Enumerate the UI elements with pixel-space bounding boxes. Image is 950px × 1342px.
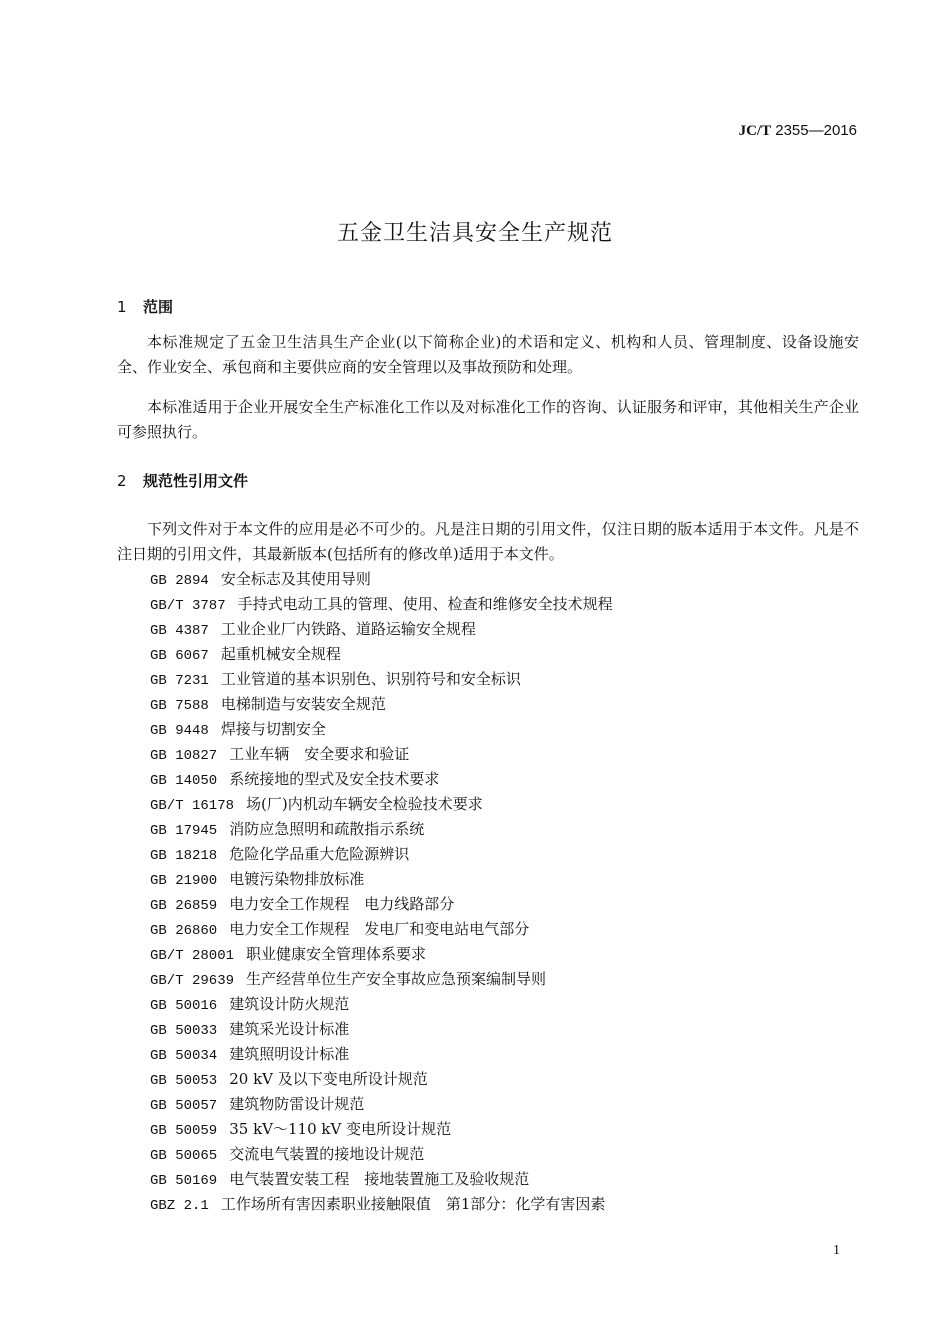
standard-prefix: JC/T	[739, 123, 772, 139]
reference-code: GB 50057	[150, 1094, 217, 1119]
reference-title: 电力安全工作规程 电力线路部分	[229, 895, 454, 913]
reference-item: GB 50033建筑采光设计标准	[150, 1017, 613, 1042]
reference-item: GB 4387工业企业厂内铁路、道路运输安全规程	[150, 617, 613, 642]
reference-list: GB 2894安全标志及其使用导则GB/T 3787手持式电动工具的管理、使用、…	[150, 567, 613, 1217]
reference-item: GB 6067起重机械安全规程	[150, 642, 613, 667]
reference-code: GB 6067	[150, 644, 209, 669]
document-page: JC/T 2355—2016 五金卫生洁具安全生产规范 1范围 本标准规定了五金…	[0, 0, 950, 1342]
reference-title: 20 kV 及以下变电所设计规范	[229, 1070, 428, 1088]
reference-item: GB 10827工业车辆 安全要求和验证	[150, 742, 613, 767]
reference-item: GB 5005320 kV 及以下变电所设计规范	[150, 1067, 613, 1092]
reference-code: GB 50034	[150, 1044, 217, 1069]
reference-title: 电力安全工作规程 发电厂和变电站电气部分	[229, 920, 529, 938]
reference-item: GB 18218危险化学品重大危险源辨识	[150, 842, 613, 867]
reference-item: GB 50016建筑设计防火规范	[150, 992, 613, 1017]
reference-item: GBZ 2.1工作场所有害因素职业接触限值 第1部分：化学有害因素	[150, 1192, 613, 1217]
reference-title: 生产经营单位生产安全事故应急预案编制导则	[246, 970, 546, 988]
reference-title: 建筑物防雷设计规范	[229, 1095, 364, 1113]
reference-code: GB 50059	[150, 1119, 217, 1144]
section-title: 规范性引用文件	[143, 472, 248, 490]
reference-code: GB 26860	[150, 919, 217, 944]
reference-item: GB 7588电梯制造与安装安全规范	[150, 692, 613, 717]
reference-title: 工业管道的基本识别色、识别符号和安全标识	[221, 670, 521, 688]
reference-title: 起重机械安全规程	[221, 645, 341, 663]
reference-code: GB/T 28001	[150, 944, 234, 969]
reference-title: 系统接地的型式及安全技术要求	[229, 770, 439, 788]
reference-code: GBZ 2.1	[150, 1194, 209, 1219]
reference-code: GB 10827	[150, 744, 217, 769]
reference-code: GB 14050	[150, 769, 217, 794]
reference-item: GB/T 3787手持式电动工具的管理、使用、检查和维修安全技术规程	[150, 592, 613, 617]
reference-code: GB 50016	[150, 994, 217, 1019]
reference-item: GB 2894安全标志及其使用导则	[150, 567, 613, 592]
reference-item: GB/T 29639生产经营单位生产安全事故应急预案编制导则	[150, 967, 613, 992]
reference-item: GB 17945消防应急照明和疏散指示系统	[150, 817, 613, 842]
reference-code: GB 17945	[150, 819, 217, 844]
reference-code: GB 21900	[150, 869, 217, 894]
reference-code: GB 50053	[150, 1069, 217, 1094]
reference-code: GB 26859	[150, 894, 217, 919]
scope-paragraph-2: 本标准适用于企业开展安全生产标准化工作以及对标准化工作的咨询、认证服务和评审，其…	[117, 395, 859, 445]
page-number: 1	[833, 1243, 840, 1259]
reference-title: 工业车辆 安全要求和验证	[229, 745, 409, 763]
reference-title: 电镀污染物排放标准	[229, 870, 364, 888]
scope-paragraph-1: 本标准规定了五金卫生洁具生产企业(以下简称企业)的术语和定义、机构和人员、管理制…	[117, 330, 859, 380]
reference-item: GB 21900电镀污染物排放标准	[150, 867, 613, 892]
reference-code: GB 18218	[150, 844, 217, 869]
section-number: 2	[117, 472, 143, 490]
reference-title: 焊接与切割安全	[221, 720, 326, 738]
reference-title: 35 kV～110 kV 变电所设计规范	[229, 1120, 451, 1138]
reference-item: GB 7231工业管道的基本识别色、识别符号和安全标识	[150, 667, 613, 692]
reference-item: GB 14050系统接地的型式及安全技术要求	[150, 767, 613, 792]
section-number: 1	[117, 298, 143, 316]
reference-title: 建筑设计防火规范	[229, 995, 349, 1013]
reference-code: GB 7231	[150, 669, 209, 694]
reference-code: GB 50169	[150, 1169, 217, 1194]
reference-code: GB/T 29639	[150, 969, 234, 994]
reference-code: GB/T 3787	[150, 594, 226, 619]
reference-code: GB 4387	[150, 619, 209, 644]
reference-item: GB 9448焊接与切割安全	[150, 717, 613, 742]
reference-title: 电气装置安装工程 接地装置施工及验收规范	[229, 1170, 529, 1188]
reference-title: 建筑照明设计标准	[229, 1045, 349, 1063]
reference-code: GB 7588	[150, 694, 209, 719]
reference-code: GB 50033	[150, 1019, 217, 1044]
reference-item: GB 5005935 kV～110 kV 变电所设计规范	[150, 1117, 613, 1142]
standard-code: 2355—2016	[775, 122, 857, 139]
section-heading-scope: 1范围	[117, 296, 173, 317]
reference-item: GB 50169电气装置安装工程 接地装置施工及验收规范	[150, 1167, 613, 1192]
reference-title: 建筑采光设计标准	[229, 1020, 349, 1038]
reference-item: GB 50034建筑照明设计标准	[150, 1042, 613, 1067]
reference-title: 交流电气装置的接地设计规范	[229, 1145, 424, 1163]
references-intro-paragraph: 下列文件对于本文件的应用是必不可少的。凡是注日期的引用文件，仅注日期的版本适用于…	[117, 517, 859, 567]
reference-title: 安全标志及其使用导则	[221, 570, 371, 588]
reference-title: 工作场所有害因素职业接触限值 第1部分：化学有害因素	[221, 1195, 606, 1213]
document-title: 五金卫生洁具安全生产规范	[0, 216, 950, 247]
reference-code: GB/T 16178	[150, 794, 234, 819]
section-title: 范围	[143, 298, 173, 316]
section-heading-normative-references: 2规范性引用文件	[117, 470, 248, 491]
reference-code: GB 2894	[150, 569, 209, 594]
reference-item: GB 26859电力安全工作规程 电力线路部分	[150, 892, 613, 917]
reference-title: 手持式电动工具的管理、使用、检查和维修安全技术规程	[238, 595, 613, 613]
reference-item: GB/T 16178场(厂)内机动车辆安全检验技术要求	[150, 792, 613, 817]
reference-title: 电梯制造与安装安全规范	[221, 695, 386, 713]
standard-number: JC/T 2355—2016	[739, 122, 857, 140]
reference-code: GB 50065	[150, 1144, 217, 1169]
reference-title: 危险化学品重大危险源辨识	[229, 845, 409, 863]
reference-title: 职业健康安全管理体系要求	[246, 945, 426, 963]
reference-item: GB 50057建筑物防雷设计规范	[150, 1092, 613, 1117]
reference-title: 消防应急照明和疏散指示系统	[229, 820, 424, 838]
reference-title: 场(厂)内机动车辆安全检验技术要求	[246, 795, 483, 813]
reference-title: 工业企业厂内铁路、道路运输安全规程	[221, 620, 476, 638]
reference-item: GB 26860电力安全工作规程 发电厂和变电站电气部分	[150, 917, 613, 942]
reference-item: GB/T 28001职业健康安全管理体系要求	[150, 942, 613, 967]
reference-item: GB 50065交流电气装置的接地设计规范	[150, 1142, 613, 1167]
reference-code: GB 9448	[150, 719, 209, 744]
